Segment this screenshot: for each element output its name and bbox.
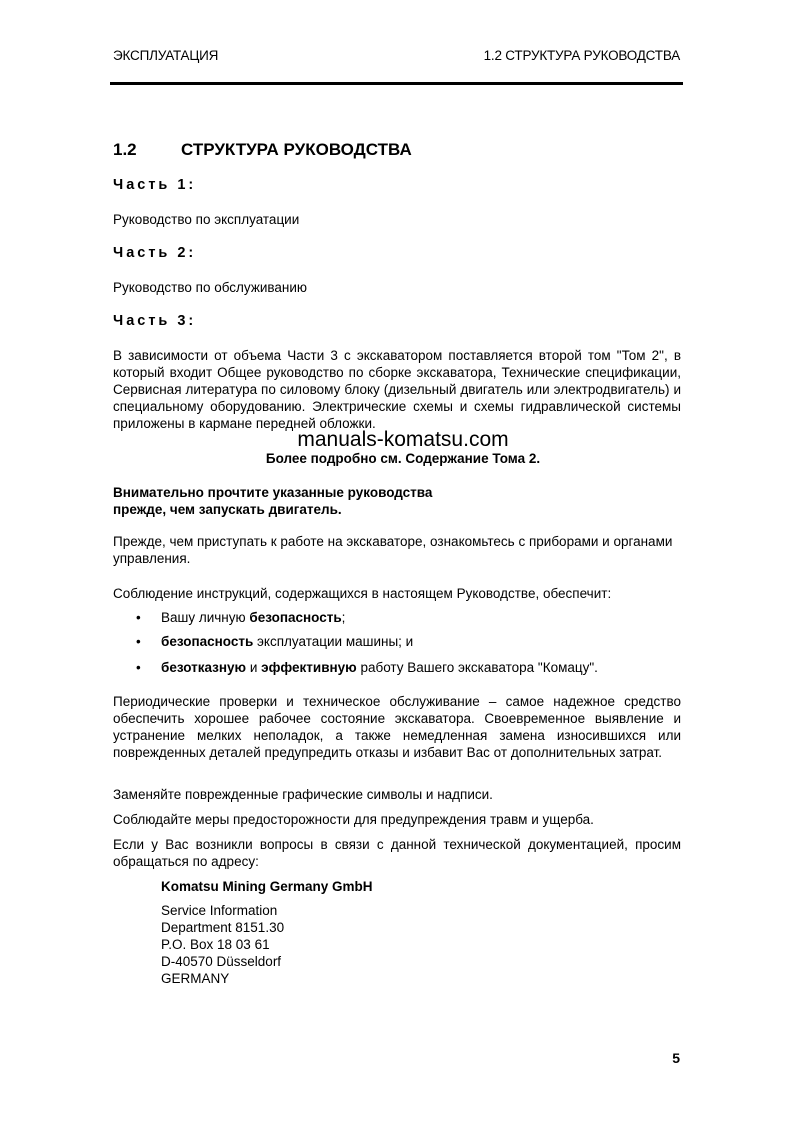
company-name: Komatsu Mining Germany GmbH [161,878,373,895]
item-text: и [246,660,261,675]
item-text: работу Вашего экскаватора "Комацу". [357,660,598,675]
part-1-label: Часть 1: [113,177,196,193]
address-line: P.O. Box 18 03 61 [161,936,270,953]
address-line: Department 8151.30 [161,919,284,936]
section-title: СТРУКТУРА РУКОВОДСТВА [181,140,412,159]
intro-paragraph: Прежде, чем приступать к работе на экска… [113,533,681,567]
address-line: Service Information [161,902,277,919]
compliance-paragraph: Соблюдение инструкций, содержащихся в на… [113,585,681,602]
running-header-left: ЭКСПЛУАТАЦИЯ [113,48,218,63]
item-bold: эффективную [261,660,357,675]
running-header-right: 1.2 СТРУКТУРА РУКОВОДСТВА [484,48,680,63]
bullet-icon: • [136,660,141,675]
header-divider [110,82,683,85]
part-1-text: Руководство по эксплуатации [113,211,681,228]
part-2-label: Часть 2: [113,245,196,261]
contact-intro: Если у Вас возникли вопросы в связи с да… [113,836,681,870]
see-more-note: Более подробно см. Содержание Тома 2. [113,450,693,467]
part-3-label: Часть 3: [113,313,196,329]
item-bold: безопасность [249,610,341,625]
warning-line-2: прежде, чем запускать двигатель. [113,501,681,518]
item-bold: безотказную [161,660,246,675]
page-number: 5 [672,1050,680,1066]
precaution-note: Соблюдайте меры предосторожности для пре… [113,811,681,828]
address-line: GERMANY [161,970,229,987]
item-text: эксплуатации машины; и [253,634,413,649]
watermark: manuals-komatsu.com [113,428,693,452]
bullet-icon: • [136,634,141,649]
address-line: D-40570 Düsseldorf [161,953,281,970]
maintenance-paragraph: Периодические проверки и техническое обс… [113,693,681,761]
part-2-text: Руководство по обслуживанию [113,279,681,296]
bullet-icon: • [136,610,141,625]
section-number: 1.2 [113,140,181,160]
warning-line-1: Внимательно прочтите указанные руководст… [113,484,681,501]
section-heading: 1.2СТРУКТУРА РУКОВОДСТВА [113,140,412,160]
item-bold: безопасность [161,634,253,649]
replace-note: Заменяйте поврежденные графические симво… [113,786,681,803]
part-3-text: В зависимости от объема Части 3 с экскав… [113,347,681,432]
item-text: ; [342,610,346,625]
item-text: Вашу личную [161,610,249,625]
